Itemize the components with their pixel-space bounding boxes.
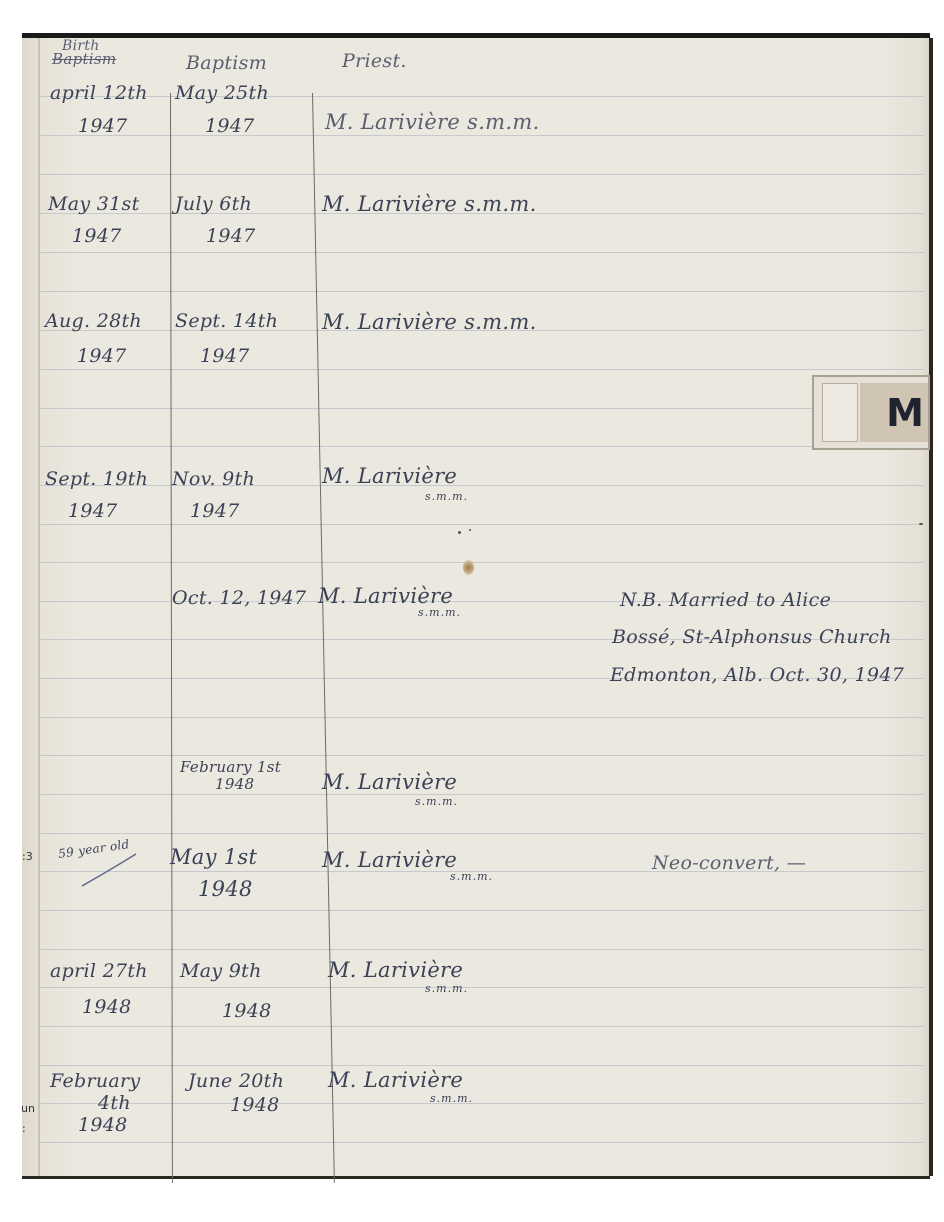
ink-dot: [458, 531, 461, 534]
entry-7-note: Neo-convert, —: [652, 852, 806, 874]
entry-4-birth-date: Sept. 19th: [45, 468, 148, 490]
ruled-line: [40, 717, 924, 718]
header-baptism: Baptism: [186, 52, 267, 74]
tab-label-area: M: [860, 383, 928, 442]
alphabet-index-tab[interactable]: M: [812, 375, 930, 450]
entry-9-baptism-year: 1948: [230, 1094, 280, 1116]
margin-mark: :: [22, 1122, 26, 1135]
ruled-line: [40, 833, 924, 834]
ruled-line: [40, 291, 924, 292]
margin-mark: un: [21, 1102, 35, 1115]
ruled-line: [40, 524, 924, 525]
entry-1-birth-date: april 12th: [50, 82, 148, 104]
tab-window: [822, 383, 858, 442]
entry-8-priest: M. Larivière: [328, 958, 463, 982]
entry-2-priest: M. Larivière s.m.m.: [322, 192, 537, 216]
header-birth-struck: Baptism: [52, 50, 116, 68]
entry-3-birth-year: 1947: [77, 345, 127, 367]
entry-7-baptism-year: 1948: [198, 877, 253, 901]
column-divider-birth-baptism: [170, 93, 173, 1183]
entry-2-baptism-date: July 6th: [175, 193, 252, 215]
entry-8-birth-date: april 27th: [50, 960, 148, 982]
entry-8-priest-suffix: s.m.m.: [425, 982, 468, 995]
entry-1-baptism-date: May 25th: [175, 82, 269, 104]
entry-2-birth-date: May 31st: [48, 193, 140, 215]
entry-4-baptism-year: 1947: [190, 500, 240, 522]
entry-2-baptism-year: 1947: [206, 225, 256, 247]
entry-5-note-line-2: Bossé, St-Alphonsus Church: [612, 626, 892, 648]
entry-2-birth-year: 1947: [72, 225, 122, 247]
entry-5-note-line-3: Edmonton, Alb. Oct. 30, 1947: [610, 664, 904, 686]
entry-6-priest-suffix: s.m.m.: [415, 795, 458, 808]
entry-3-baptism-date: Sept. 14th: [175, 310, 278, 332]
entry-1-priest: M. Larivière s.m.m.: [325, 110, 540, 134]
entry-9-priest-suffix: s.m.m.: [430, 1092, 473, 1105]
ruled-line: [40, 96, 924, 97]
tab-letter: M: [886, 391, 924, 435]
entry-5-priest: M. Larivière: [318, 584, 453, 608]
column-divider-baptism-priest: [312, 93, 335, 1183]
entry-5-priest-suffix: s.m.m.: [418, 606, 461, 619]
entry-4-priest-suffix: s.m.m.: [425, 490, 468, 503]
entry-4-birth-year: 1947: [68, 500, 118, 522]
ruled-line: [40, 562, 924, 563]
entry-9-birth-day: 4th: [98, 1092, 131, 1114]
ink-dot: [469, 529, 471, 531]
entry-8-baptism-date: May 9th: [180, 960, 262, 982]
age-underline-flourish: [80, 850, 140, 890]
entry-6-baptism-year: 1948: [215, 775, 254, 793]
ink-dot: [919, 523, 923, 525]
ruled-line: [40, 794, 924, 795]
ruled-line: [40, 369, 924, 370]
ruled-line: [40, 252, 924, 253]
entry-6-priest: M. Larivière: [322, 770, 457, 794]
entry-5-note-line-1: N.B. Married to Alice: [620, 589, 831, 611]
entry-5-baptism-date: Oct. 12, 1947: [172, 587, 306, 609]
entry-1-birth-year: 1947: [78, 115, 128, 137]
entry-8-baptism-year: 1948: [222, 1000, 272, 1022]
entry-7-priest: M. Larivière: [322, 848, 457, 872]
entry-3-birth-date: Aug. 28th: [45, 310, 142, 332]
entry-7-baptism-date: May 1st: [170, 845, 257, 869]
ruled-line: [40, 446, 924, 447]
entry-9-baptism-date: June 20th: [188, 1070, 284, 1092]
entry-9-priest: M. Larivière: [328, 1068, 463, 1092]
ruled-line: [40, 755, 924, 756]
ruled-line: [40, 135, 924, 136]
ink-stain: [463, 560, 474, 575]
entry-1-baptism-year: 1947: [205, 115, 255, 137]
entry-4-priest: M. Larivière: [322, 464, 457, 488]
page-binding: [38, 38, 40, 1176]
entry-6-baptism-date: February 1st: [180, 758, 281, 776]
entry-9-birth-month: February: [50, 1070, 140, 1092]
entry-8-birth-year: 1948: [82, 996, 132, 1018]
entry-3-priest: M. Larivière s.m.m.: [322, 310, 537, 334]
header-priest: Priest.: [342, 50, 407, 72]
margin-mark: :3: [22, 850, 33, 863]
entry-4-baptism-date: Nov. 9th: [172, 468, 255, 490]
entry-9-birth-year: 1948: [78, 1114, 128, 1136]
entry-7-priest-suffix: s.m.m.: [450, 870, 493, 883]
ruled-line: [40, 408, 924, 409]
ruled-line: [40, 174, 924, 175]
entry-3-baptism-year: 1947: [200, 345, 250, 367]
